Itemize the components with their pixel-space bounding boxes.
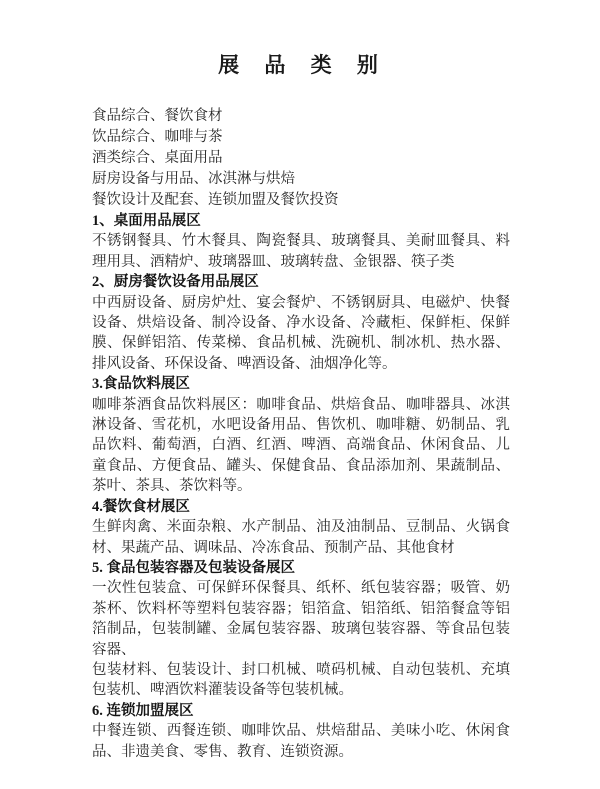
section-paragraph-5a: 一次性包装盒、可保鲜环保餐具、纸杯、纸包装容器；吸管、奶茶杯、饮料杯等塑料包装容…	[92, 578, 510, 660]
section-paragraph-3: 咖啡茶酒食品饮料展区：咖啡食品、烘焙食品、咖啡器具、冰淇淋设备、雪花机，水吧设备…	[92, 395, 510, 497]
section-heading-1: 1、桌面用品展区	[92, 211, 510, 231]
sections-block: 1、桌面用品展区 不锈钢餐具、竹木餐具、陶瓷餐具、玻璃餐具、美耐皿餐具、料理用具…	[92, 211, 510, 762]
section-tableware: 1、桌面用品展区 不锈钢餐具、竹木餐具、陶瓷餐具、玻璃餐具、美耐皿餐具、料理用具…	[92, 211, 510, 272]
section-heading-3: 3.食品饮料展区	[92, 374, 510, 394]
intro-line-4: 厨房设备与用品、冰淇淋与烘焙	[92, 169, 510, 190]
intro-line-1: 食品综合、餐饮食材	[92, 106, 510, 127]
intro-block: 食品综合、餐饮食材 饮品综合、咖啡与茶 酒类综合、桌面用品 厨房设备与用品、冰淇…	[92, 106, 510, 211]
section-heading-2: 2、厨房餐饮设备用品展区	[92, 272, 510, 292]
section-paragraph-6: 中餐连锁、西餐连锁、咖啡饮品、烘焙甜品、美味小吃、休闲食品、非遗美食、零售、教育…	[92, 721, 510, 762]
intro-line-2: 饮品综合、咖啡与茶	[92, 127, 510, 148]
section-franchise: 6. 连锁加盟展区 中餐连锁、西餐连锁、咖啡饮品、烘焙甜品、美味小吃、休闲食品、…	[92, 701, 510, 762]
section-paragraph-1: 不锈钢餐具、竹木餐具、陶瓷餐具、玻璃餐具、美耐皿餐具、料理用具、酒精炉、玻璃器皿…	[92, 231, 510, 272]
intro-line-5: 餐饮设计及配套、连锁加盟及餐饮投资	[92, 190, 510, 211]
section-packaging: 5. 食品包装容器及包装设备展区 一次性包装盒、可保鲜环保餐具、纸杯、纸包装容器…	[92, 558, 510, 701]
section-kitchen-equipment: 2、厨房餐饮设备用品展区 中西厨设备、厨房炉灶、宴会餐炉、不锈钢厨具、电磁炉、快…	[92, 272, 510, 374]
intro-line-3: 酒类综合、桌面用品	[92, 148, 510, 169]
document-page: 展 品 类 别 食品综合、餐饮食材 饮品综合、咖啡与茶 酒类综合、桌面用品 厨房…	[0, 0, 600, 789]
section-paragraph-5b: 包装材料、包装设计、封口机械、喷码机械、自动包装机、充填包装机、啤酒饮料灌装设备…	[92, 660, 510, 701]
section-heading-6: 6. 连锁加盟展区	[92, 701, 510, 721]
section-heading-4: 4.餐饮食材展区	[92, 497, 510, 517]
section-food-beverage: 3.食品饮料展区 咖啡茶酒食品饮料展区：咖啡食品、烘焙食品、咖啡器具、冰淇淋设备…	[92, 374, 510, 496]
section-paragraph-4: 生鲜肉禽、米面杂粮、水产制品、油及油制品、豆制品、火锅食材、果蔬产品、调味品、冷…	[92, 517, 510, 558]
document-title: 展 品 类 别	[92, 50, 510, 80]
section-paragraph-2: 中西厨设备、厨房炉灶、宴会餐炉、不锈钢厨具、电磁炉、快餐设备、烘焙设备、制冷设备…	[92, 293, 510, 375]
section-ingredients: 4.餐饮食材展区 生鲜肉禽、米面杂粮、水产制品、油及油制品、豆制品、火锅食材、果…	[92, 497, 510, 558]
section-heading-5: 5. 食品包装容器及包装设备展区	[92, 558, 510, 578]
